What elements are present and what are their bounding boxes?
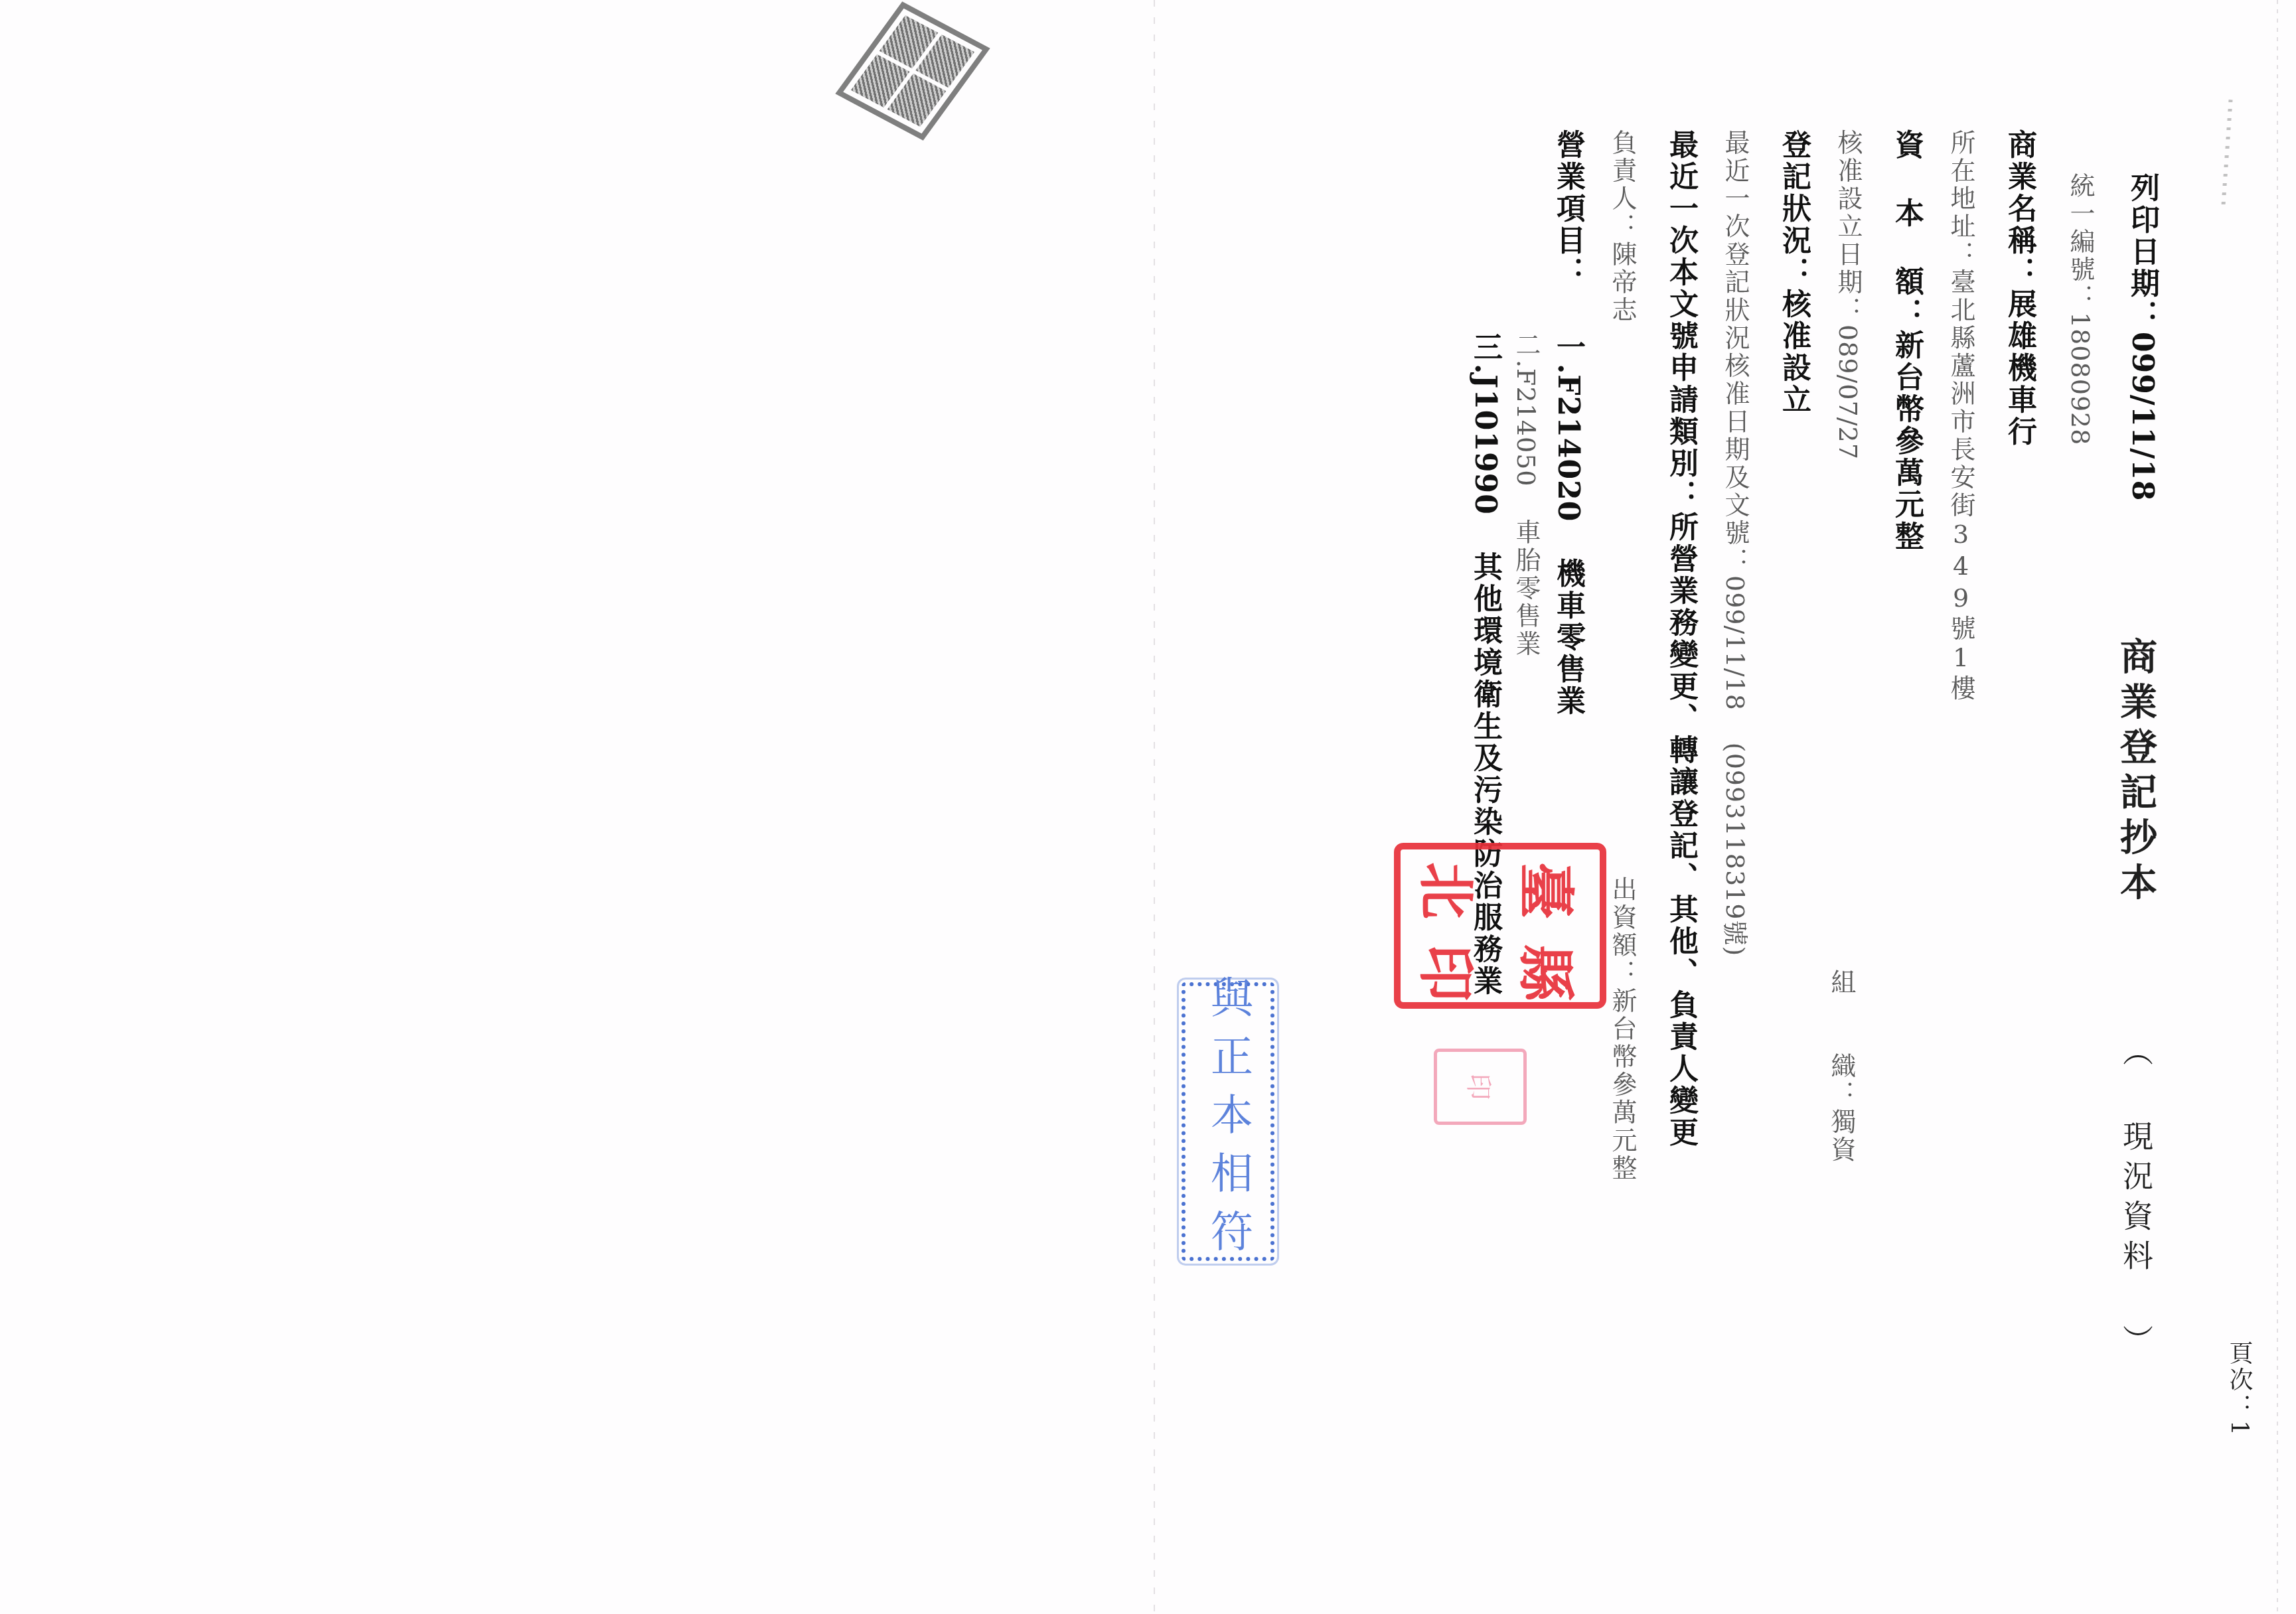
application-type-label: 最近一次本文號申請類別： <box>1664 129 1698 512</box>
print-date-row: 列印日期：099/11/18 <box>2127 173 2157 501</box>
fold-line <box>1154 0 1155 1614</box>
document-subtitle: （ 現況資料 ） <box>2121 1035 2151 1364</box>
certified-copy-stamp: 與正本相符 <box>1182 982 1274 1261</box>
item-desc: 機車零售業 <box>1551 558 1585 717</box>
approval-date-value: 089/07/27 <box>1833 325 1863 460</box>
latest-change-label: 最近一次登記狀況核准日期及文號： <box>1721 129 1750 575</box>
contribution-label: 出資額： <box>1608 876 1637 988</box>
address-row: 所在地址：臺北縣蘆洲市長安街349號1樓 <box>1948 129 1973 703</box>
paper-edge <box>2277 0 2278 1614</box>
seal-char: 印 <box>1409 923 1492 1023</box>
page-label: 頁次： <box>2226 1341 2253 1420</box>
seal-char: 縣 <box>1509 923 1591 1023</box>
registration-status-row: 登記狀況：核准設立 <box>1779 129 1808 416</box>
scan-artifact <box>2221 100 2232 206</box>
contribution-value: 新台幣參萬元整 <box>1608 988 1637 1183</box>
item-code: F214020 <box>1551 374 1585 522</box>
approval-date-row: 核准設立日期：089/07/27 <box>1835 129 1861 460</box>
grey-stamp <box>835 1 990 140</box>
faded-pink-seal: 印 <box>1434 1049 1527 1125</box>
print-date-label: 列印日期： <box>2125 173 2159 332</box>
latest-change-date: 099/11/18 <box>1721 575 1750 711</box>
item-desc: 車胎零售業 <box>1511 519 1541 658</box>
unified-number-row: 統一編號：18080928 <box>2068 173 2093 445</box>
item-index: 一 <box>1551 332 1585 364</box>
business-name-value: 展雄機車行 <box>2003 289 2036 448</box>
business-item: 二.F214050 車胎零售業 <box>1513 332 1539 658</box>
business-items-label: 營業項目： <box>1553 129 1582 289</box>
document-title: 商業登記抄本 <box>2117 637 2155 908</box>
capital-row: 資 本 額：新台幣參萬元整 <box>1892 129 1921 553</box>
page-number: 頁次：1 <box>2227 1341 2251 1436</box>
official-red-seal: 北 臺 印 縣 <box>1394 843 1606 1009</box>
organization-value: 獨資 <box>1827 1108 1856 1164</box>
certified-copy-text: 與正本相符 <box>1207 976 1249 1268</box>
item-code: F214050 <box>1511 368 1541 486</box>
contribution-row: 出資額：新台幣參萬元整 <box>1610 876 1635 1183</box>
business-name-row: 商業名稱：展雄機車行 <box>2005 129 2034 448</box>
page-value: 1 <box>2226 1420 2253 1436</box>
address-value: 臺北縣蘆洲市長安街349號1樓 <box>1946 269 1975 703</box>
latest-change-row: 最近一次登記狀況核准日期及文號：099/11/18 (0993118319號) <box>1722 129 1748 956</box>
seal-char: 印 <box>1462 1074 1499 1100</box>
unified-number-value: 18080928 <box>2066 312 2095 445</box>
address-label: 所在地址： <box>1946 129 1975 269</box>
application-type-row: 最近一次本文號申請類別：所營業務變更、轉讓登記、其他、負責人變更 <box>1666 129 1695 1149</box>
registration-status-value: 核准設立 <box>1777 289 1811 416</box>
responsible-person-value: 陳帝志 <box>1608 241 1637 325</box>
organization-label: 組 織： <box>1827 969 1856 1108</box>
unified-number-label: 統一編號： <box>2066 173 2095 312</box>
latest-change-doc-number: (0993118319號) <box>1721 743 1750 956</box>
item-index: 三 <box>1468 332 1502 364</box>
business-item: 一.F214020 機車零售業 <box>1553 332 1582 717</box>
registration-status-label: 登記狀況： <box>1777 129 1811 289</box>
approval-date-label: 核准設立日期： <box>1833 129 1863 325</box>
responsible-person-row: 負責人：陳帝志 <box>1610 129 1635 325</box>
application-type-value: 所營業務變更、轉讓登記、其他、負責人變更 <box>1664 512 1698 1149</box>
organization-row: 組 織：獨資 <box>1829 969 1854 1164</box>
item-index: 二 <box>1511 332 1541 360</box>
capital-label: 資 本 額： <box>1890 129 1924 330</box>
item-code: J101990 <box>1468 374 1502 515</box>
responsible-person-label: 負責人： <box>1608 129 1637 241</box>
business-name-label: 商業名稱： <box>2003 129 2036 289</box>
capital-value: 新台幣參萬元整 <box>1890 330 1924 553</box>
print-date-value: 099/11/18 <box>2125 332 2159 501</box>
